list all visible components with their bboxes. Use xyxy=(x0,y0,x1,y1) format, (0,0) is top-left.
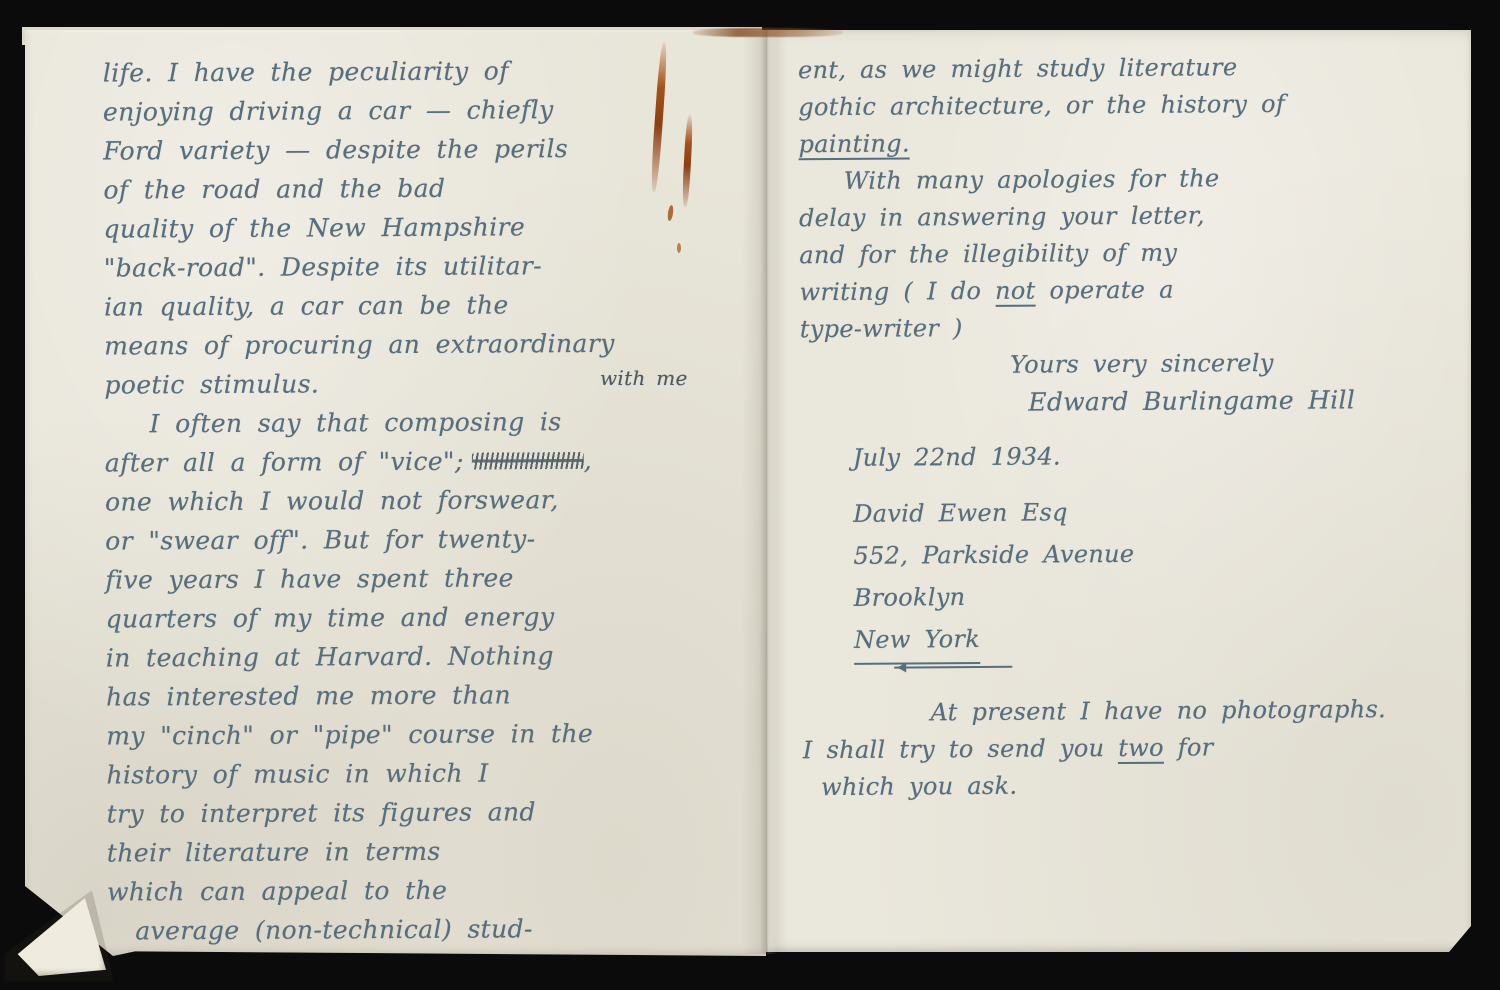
address-line: Brooklyn xyxy=(854,573,1460,619)
postscript-line: At present I have no photographs. xyxy=(930,691,1460,732)
handwritten-line: my "cinch" or "pipe" course in the xyxy=(106,713,749,755)
handwritten-line: With many apologies for the xyxy=(844,159,1457,200)
underlined-city: New York xyxy=(854,618,980,665)
handwritten-line: or "swear off". But for twenty- xyxy=(105,518,748,560)
handwritten-line: their literature in terms xyxy=(107,830,750,872)
underlined-word: two xyxy=(1118,734,1164,764)
handwritten-text: I shall try to send you xyxy=(803,734,1119,764)
handwritten-line: enjoying driving a car — chiefly xyxy=(103,89,746,131)
handwritten-line: writing ( I do not operate a xyxy=(799,270,1457,312)
handwritten-line: five years I have spent three xyxy=(105,557,748,599)
signature: Edward Burlingame Hill xyxy=(1028,381,1458,421)
underlined-word: not xyxy=(995,277,1036,307)
postscript-line: I shall try to send you two for xyxy=(803,728,1461,770)
handwritten-text: , xyxy=(584,446,593,475)
handwritten-line: after all a form of "vice";, xyxy=(105,440,748,482)
handwritten-line: ent, as we might study literature xyxy=(798,48,1456,90)
handwritten-text: after all a form of "vice"; xyxy=(105,447,464,478)
handwritten-line: quality of the New Hampshire xyxy=(104,206,747,248)
handwritten-line: and for the illegibility of my xyxy=(799,233,1457,275)
handwritten-line: average (non-technical) stud- xyxy=(135,908,750,950)
handwritten-line: which can appeal to the xyxy=(107,869,750,911)
letter-spread-photo: life. I have the peculiarity of enjoying… xyxy=(0,0,1500,990)
letter-page-right: ent, as we might study literature gothic… xyxy=(766,30,1471,952)
handwritten-line: one which I would not forswear, xyxy=(105,479,748,521)
handwritten-line: gothic architecture, or the history of xyxy=(798,85,1456,127)
right-page-text: ent, as we might study literature gothic… xyxy=(763,28,1474,955)
handwritten-line: Ford variety — despite the perils xyxy=(103,128,746,170)
handwritten-line: painting. xyxy=(798,122,1456,164)
handwritten-text: operate a xyxy=(1035,276,1173,305)
scribbled-out-word xyxy=(472,452,584,470)
handwritten-text: for xyxy=(1164,733,1214,761)
handwritten-line: "back-road". Despite its utilitar- xyxy=(104,245,747,287)
handwritten-line: life. I have the peculiarity of xyxy=(103,50,746,92)
handwritten-line: has interested me more than xyxy=(106,674,749,716)
handwritten-line: history of music in which I xyxy=(106,752,749,794)
handwritten-text: writing ( I do xyxy=(800,277,996,306)
address-line: David Ewen Esq xyxy=(853,489,1459,535)
letter-date: July 22nd 1934. xyxy=(853,436,1459,477)
address-line: New York xyxy=(854,615,1460,669)
postscript-line: which you ask. xyxy=(821,765,1461,806)
handwritten-line: I often say that composing is xyxy=(150,401,748,443)
handwritten-line: of the road and the bad xyxy=(103,167,746,209)
address-line: 552, Parkside Avenue xyxy=(853,531,1459,577)
closing-salutation: Yours very sincerely xyxy=(1010,344,1458,384)
handwritten-line: try to interpret its figures and xyxy=(107,791,750,833)
handwritten-line: in teaching at Harvard. Nothing xyxy=(106,635,749,677)
handwritten-line: delay in answering your letter, xyxy=(799,196,1457,238)
handwritten-line: means of procuring an extraordinary xyxy=(104,323,747,365)
handwritten-line: quarters of my time and energy xyxy=(106,596,749,638)
handwritten-line: ian quality, a car can be the xyxy=(104,284,747,326)
rust-stain-dot xyxy=(677,243,681,253)
interline-insertion: with me xyxy=(600,366,688,390)
handwritten-line: type-writer ) xyxy=(800,307,1458,349)
rust-stain-top-edge xyxy=(693,28,843,37)
underlined-word: painting. xyxy=(798,129,909,160)
